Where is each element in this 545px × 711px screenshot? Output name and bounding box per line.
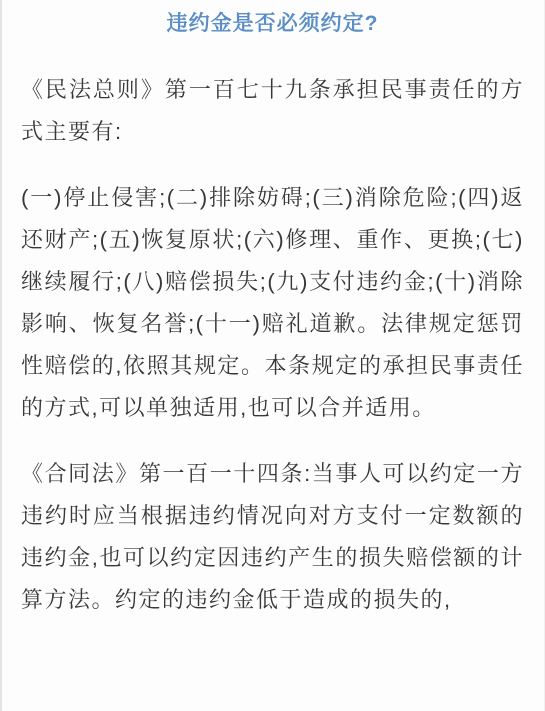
article-page: 违约金是否必须约定? 《民法总则》第一百七十九条承担民事责任的方式主要有: (一… (0, 0, 545, 711)
paragraph-minfa-zongze-intro: 《民法总则》第一百七十九条承担民事责任的方式主要有: (21, 69, 524, 153)
paragraph-liability-methods-list: (一)停止侵害;(二)排除妨碍;(三)消除危险;(四)返还财产;(五)恢复原状;… (21, 177, 524, 429)
paragraph-hetongfa-article-114: 《合同法》第一百一十四条:当事人可以约定一方违约时应当根据违约情况向对方支付一定… (21, 453, 524, 621)
page-title: 违约金是否必须约定? (21, 3, 524, 45)
